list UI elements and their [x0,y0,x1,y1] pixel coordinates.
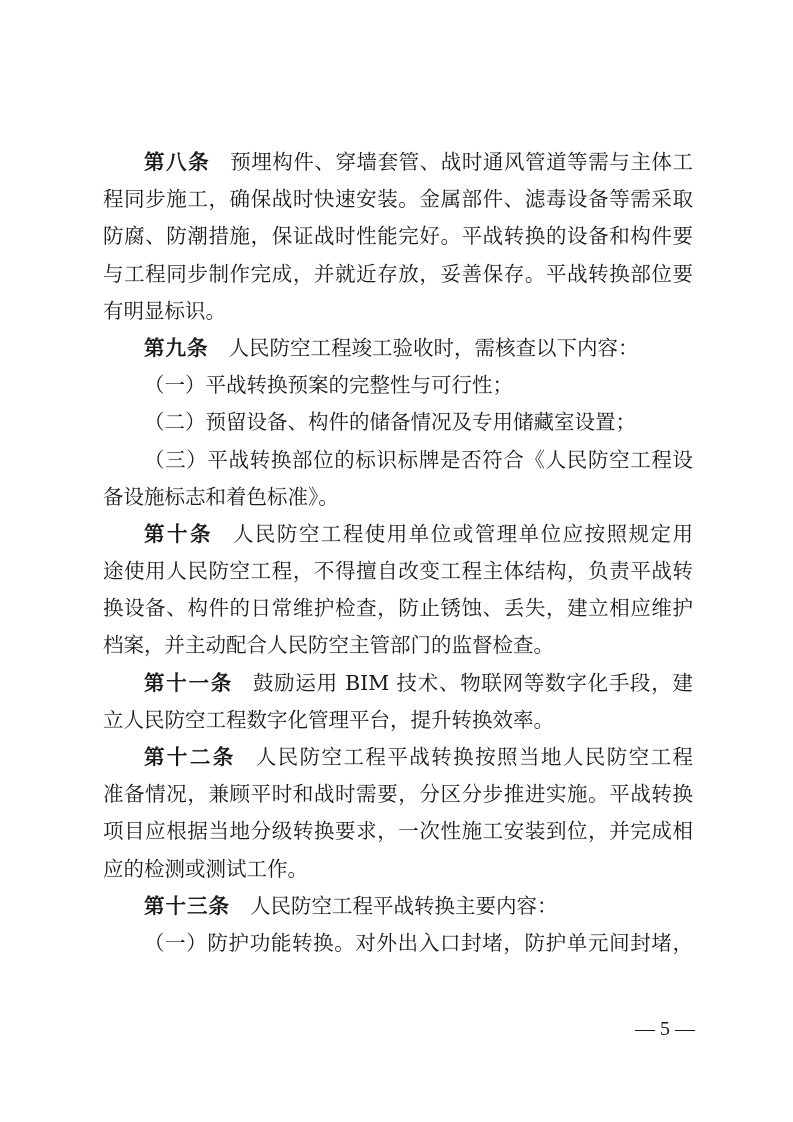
article-12-line-1: 第十二条人民防空工程平战转换按照当地人民防空工程 [103,739,693,776]
document-body: 第八条预埋构件、穿墙套管、战时通风管道等需与主体工 程同步施工，确保战时快速安装… [103,144,693,962]
article-8-line-1: 第八条预埋构件、穿墙套管、战时通风管道等需与主体工 [103,144,693,181]
article-label: 第十三条 [144,894,230,918]
article-label: 第十一条 [144,671,233,695]
article-9-item-1: （一）平战转换预案的完整性与可行性； [103,367,693,404]
article-11-line-2: 立人民防空工程数字化管理平台，提升转换效率。 [103,702,693,739]
page-number: — 5 — [600,1018,695,1041]
text: 人民防空工程竣工验收时，需核查以下内容： [229,336,639,360]
article-11-line-1: 第十一条鼓励运用 BIM 技术、物联网等数字化手段，建 [103,665,693,702]
article-9-line-1: 第九条人民防空工程竣工验收时，需核查以下内容： [103,330,693,367]
text: 人民防空工程使用单位或管理单位应按照规定用 [233,522,693,546]
article-9-item-3-cont: 备设施标志和着色标准》。 [103,479,693,516]
article-10-line-3: 换设备、构件的日常维护检查，防止锈蚀、丢失，建立相应维护 [103,590,693,627]
article-10-line-2: 途使用人民防空工程，不得擅自改变工程主体结构，负责平战转 [103,553,693,590]
article-label: 第八条 [144,150,210,174]
article-12-line-2: 准备情况，兼顾平时和战时需要，分区分步推进实施。平战转换 [103,776,693,813]
article-10-line-4: 档案，并主动配合人民防空主管部门的监督检查。 [103,627,693,664]
article-10-line-1: 第十条人民防空工程使用单位或管理单位应按照规定用 [103,516,693,553]
article-label: 第十条 [144,522,213,546]
article-label: 第九条 [144,336,209,360]
article-8-line-2: 程同步施工，确保战时快速安装。金属部件、滤毒设备等需采取 [103,181,693,218]
article-12-line-3: 项目应根据当地分级转换要求，一次性施工安装到位，并完成相 [103,813,693,850]
article-label: 第十二条 [144,745,236,769]
article-9-item-2: （二）预留设备、构件的储备情况及专用储藏室设置； [103,404,693,441]
article-9-item-3: （三）平战转换部位的标识标牌是否符合《人民防空工程设 [103,442,693,479]
text: 人民防空工程平战转换主要内容： [250,894,558,918]
article-13-item-1: （一）防护功能转换。对外出入口封堵，防护单元间封堵， [103,925,693,962]
article-12-line-4: 应的检测或测试工作。 [103,851,693,888]
article-8-line-3: 防腐、防潮措施，保证战时性能完好。平战转换的设备和构件要 [103,218,693,255]
text: 鼓励运用 BIM 技术、物联网等数字化手段，建 [253,671,693,695]
article-8-line-4: 与工程同步制作完成，并就近存放，妥善保存。平战转换部位要 [103,256,693,293]
text: 人民防空工程平战转换按照当地人民防空工程 [256,745,693,769]
text: 预埋构件、穿墙套管、战时通风管道等需与主体工 [230,150,693,174]
article-13-line-1: 第十三条人民防空工程平战转换主要内容： [103,888,693,925]
article-8-line-5: 有明显标识。 [103,293,693,330]
